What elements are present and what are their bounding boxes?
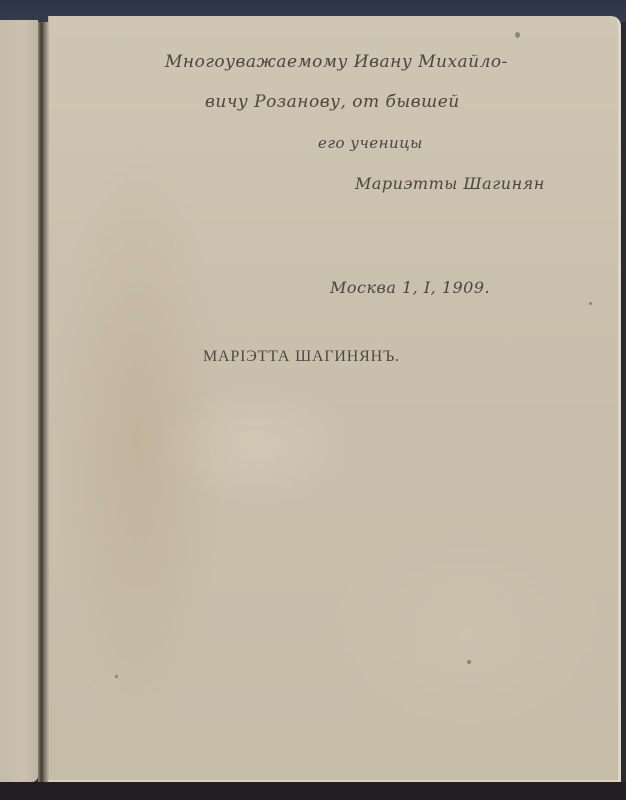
inscription-signature: Мариэтты Шагинян <box>355 174 545 193</box>
paper-spot <box>115 675 118 678</box>
inscription-line-2: вичу Розанову, от бывшей <box>205 92 460 112</box>
paper-spot <box>589 302 592 305</box>
inscription-line-1: Многоуважаемому Ивану Михайло- <box>165 52 508 72</box>
background-surface-bottom <box>0 782 626 800</box>
title-page <box>48 16 621 780</box>
inscription-line-3: его ученицы <box>318 134 423 152</box>
inscription-place-date: Москва 1, I, 1909. <box>330 278 490 297</box>
paper-spot <box>515 32 520 38</box>
paper-spot <box>467 660 471 664</box>
book-spine-gutter <box>38 22 48 782</box>
left-page-edge <box>0 20 38 782</box>
printed-author-name: МАРІЭТТА ШАГИНЯНЪ. <box>203 348 400 366</box>
